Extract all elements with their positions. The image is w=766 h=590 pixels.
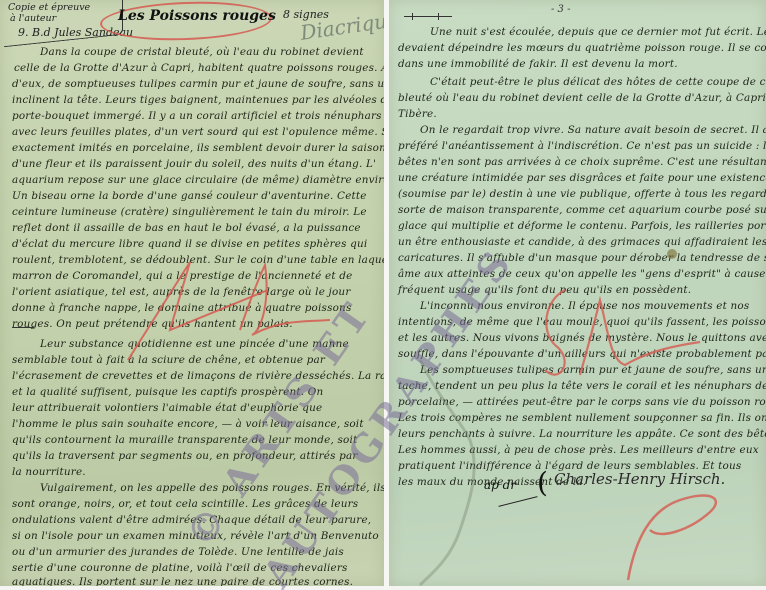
red-mark-a-icon [240,265,330,335]
ink-spot [667,249,677,259]
red-mark-five-icon [545,290,565,375]
red-mark-a2-icon [580,300,700,375]
red-mark-p-icon [628,496,716,580]
red-pencil-marks [0,0,766,590]
